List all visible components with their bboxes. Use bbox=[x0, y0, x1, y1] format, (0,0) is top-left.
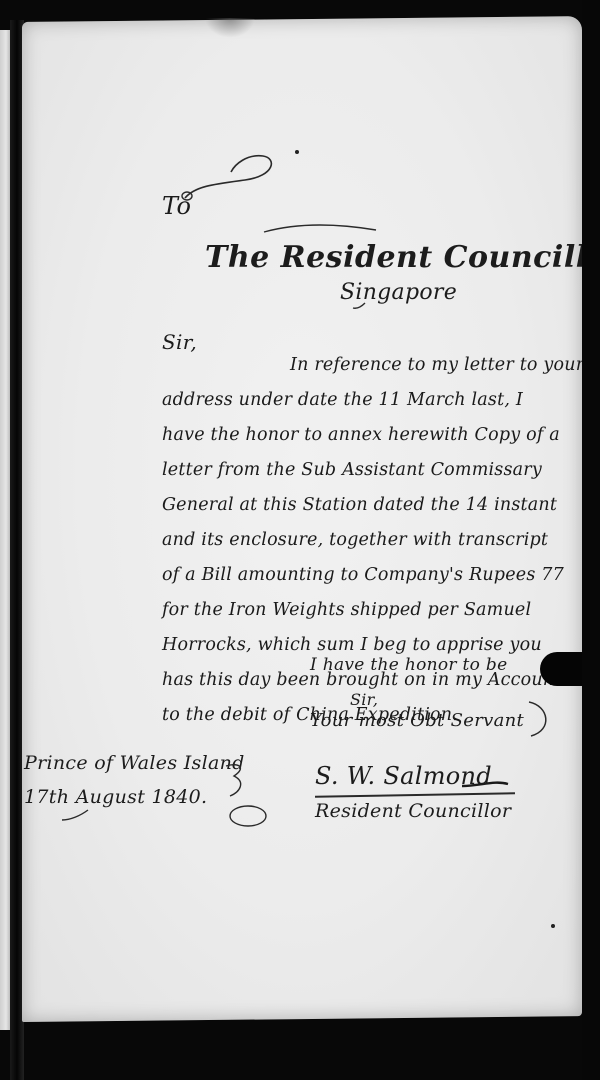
body-line: letter from the Sub Assistant Commissary bbox=[162, 453, 582, 488]
dateline-place: Prince of Wales Island bbox=[24, 752, 245, 774]
closing-line-1: I have the honor to be bbox=[310, 655, 507, 675]
dateline-date: 17th August 1840. bbox=[24, 786, 207, 808]
body-line: have the honor to annex herewith Copy of… bbox=[162, 418, 582, 453]
letter-body: In reference to my letter to your addres… bbox=[162, 348, 582, 733]
bracket-flourish-icon bbox=[220, 752, 270, 832]
body-line: address under date the 11 March last, I bbox=[162, 383, 582, 418]
closing-line-2: Sir, bbox=[350, 690, 378, 709]
page-stain bbox=[205, 18, 255, 38]
closing-line-3: Your most Obt Servant bbox=[310, 710, 524, 731]
body-line: of a Bill amounting to Company's Rupees … bbox=[162, 558, 582, 593]
ink-speck bbox=[551, 924, 555, 928]
document-scan: To The Resident Councillor Singapore Sir… bbox=[0, 0, 600, 1080]
underline-mark-icon bbox=[352, 302, 366, 310]
salutation-prefix: To bbox=[162, 192, 191, 220]
underline-mark-icon bbox=[60, 808, 90, 822]
ink-speck bbox=[295, 150, 299, 154]
flourish-icon bbox=[260, 222, 380, 236]
body-line: for the Iron Weights shipped per Samuel bbox=[162, 593, 582, 628]
adjacent-page-edge bbox=[0, 30, 10, 1030]
flourish-icon bbox=[175, 150, 295, 200]
body-line: In reference to my letter to your bbox=[162, 348, 582, 383]
body-line: and its enclosure, together with transcr… bbox=[162, 523, 582, 558]
signature-flourish-icon bbox=[460, 770, 510, 790]
scan-border bbox=[582, 0, 600, 1080]
signatory-title: Resident Councillor bbox=[315, 800, 511, 822]
bracket-flourish-icon bbox=[525, 700, 555, 740]
body-line: General at this Station dated the 14 ins… bbox=[162, 488, 582, 523]
addressee-title: The Resident Councillor bbox=[205, 240, 600, 275]
